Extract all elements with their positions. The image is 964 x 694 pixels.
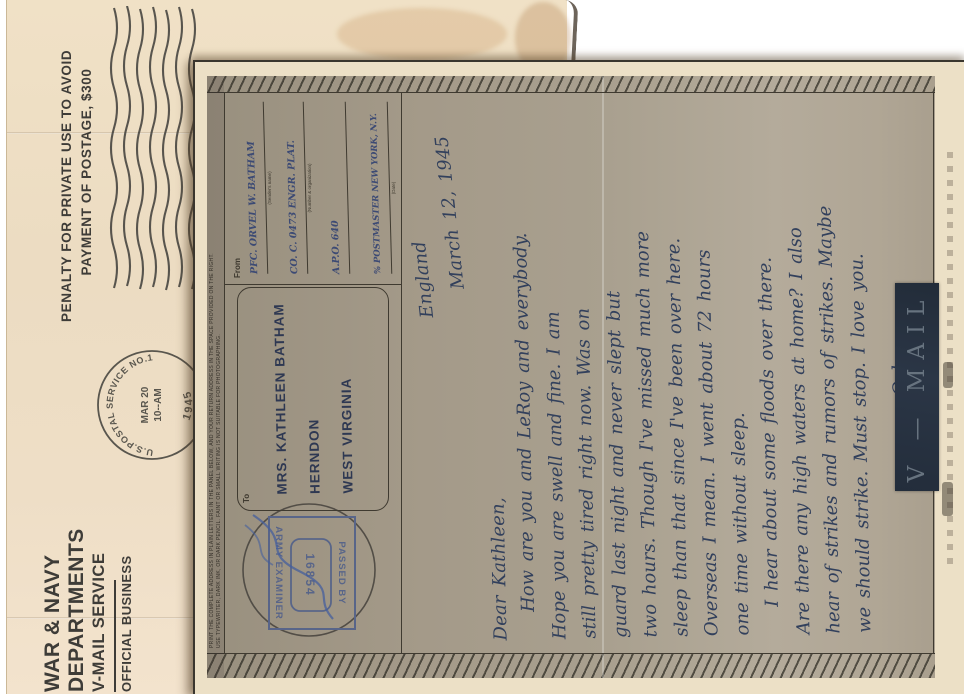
from-caption-unit: (Number & organization) — [307, 102, 312, 274]
form-border: PASSED BY 16854 ARMY EXAMINER To MRS. KA… — [224, 92, 934, 654]
form-header: PASSED BY 16854 ARMY EXAMINER To MRS. KA… — [225, 93, 402, 653]
from-sender-name: PFC. ORVEL W. BATHAM — [245, 102, 268, 274]
envelope-corner-edge — [553, 0, 578, 61]
censor-passed-by: PASSED BY — [336, 541, 347, 604]
corner-card-line-1: WAR & NAVY — [41, 474, 65, 692]
postmark-date: MAR 20 — [140, 386, 151, 423]
from-unit: CO. C. 0473 ENGR. PLAT. — [285, 102, 308, 274]
wavy-line — [111, 8, 117, 288]
corner-card: WAR & NAVY DEPARTMENTS V-MAIL SERVICE OF… — [41, 474, 173, 692]
corner-card-line-3: V-MAIL SERVICE — [89, 474, 110, 692]
vmail-letter-photostat: PRINT THE COMPLETE ADDRESS IN PLAIN LETT… — [193, 60, 964, 694]
to-label: To — [242, 494, 251, 503]
cancellation-wavy-lines — [109, 6, 201, 322]
wavy-line — [176, 7, 182, 287]
penalty-line-2: PAYMENT OF POSTAGE, $300 — [79, 22, 94, 322]
from-postmaster: % POSTMASTER NEW YORK, N.Y. — [369, 102, 392, 274]
corner-card-line-2: DEPARTMENTS — [65, 474, 89, 692]
envelope-stain — [337, 8, 507, 60]
from-label: From — [233, 258, 242, 278]
wavy-line — [137, 9, 143, 289]
censor-stamp: PASSED BY 16854 ARMY EXAMINER — [239, 495, 391, 645]
address-line-2: HERNDON — [295, 302, 331, 494]
vmail-form: PRINT THE COMPLETE ADDRESS IN PLAIN LETT… — [207, 76, 935, 678]
address-line-3: WEST VIRGINIA — [328, 302, 364, 494]
wavy-line — [150, 7, 156, 287]
message-area: England March 12, 1945 Dear Kathleen, Ho… — [395, 87, 939, 658]
censor-signature — [253, 515, 333, 619]
wavy-line — [163, 10, 169, 290]
letter-date: March 12, 1945 — [431, 135, 469, 290]
wavy-line — [124, 6, 130, 286]
from-apo: A.P.O. 640 — [327, 102, 350, 274]
photo-area: PRINT THE COMPLETE ADDRESS IN PLAIN LETT… — [207, 76, 935, 678]
corner-card-line-4: OFFICIAL BUSINESS — [119, 474, 134, 692]
corner-card-rule — [114, 580, 116, 692]
letter-place: England — [409, 240, 438, 319]
from-caption-sender: (Sender's name) — [267, 102, 272, 274]
penalty-notice: PENALTY FOR PRIVATE USE TO AVOID PAYMENT… — [59, 22, 109, 322]
scanned-vmail-letter-on-envelope: PENALTY FOR PRIVATE USE TO AVOID PAYMENT… — [0, 0, 964, 694]
vmail-label: V — MAIL — [895, 283, 939, 491]
postmark-time: 10--AM — [153, 388, 164, 421]
paper-edge-blob — [942, 482, 953, 516]
to-address-box: To MRS. KATHLEEN BATHAM HERNDON WEST VIR… — [237, 287, 389, 511]
from-panel: From PFC. ORVEL W. BATHAM (Sender's name… — [225, 92, 401, 285]
salutation: Dear Kathleen, — [488, 497, 512, 641]
penalty-line-1: PENALTY FOR PRIVATE USE TO AVOID — [59, 22, 74, 322]
paper-edge-blob — [943, 362, 953, 388]
form-instructions-line-2: USE TYPEWRITER, DARK INK, OR DARK PENCIL… — [216, 103, 223, 648]
address-line-1: MRS. KATHLEEN BATHAM — [262, 303, 298, 495]
